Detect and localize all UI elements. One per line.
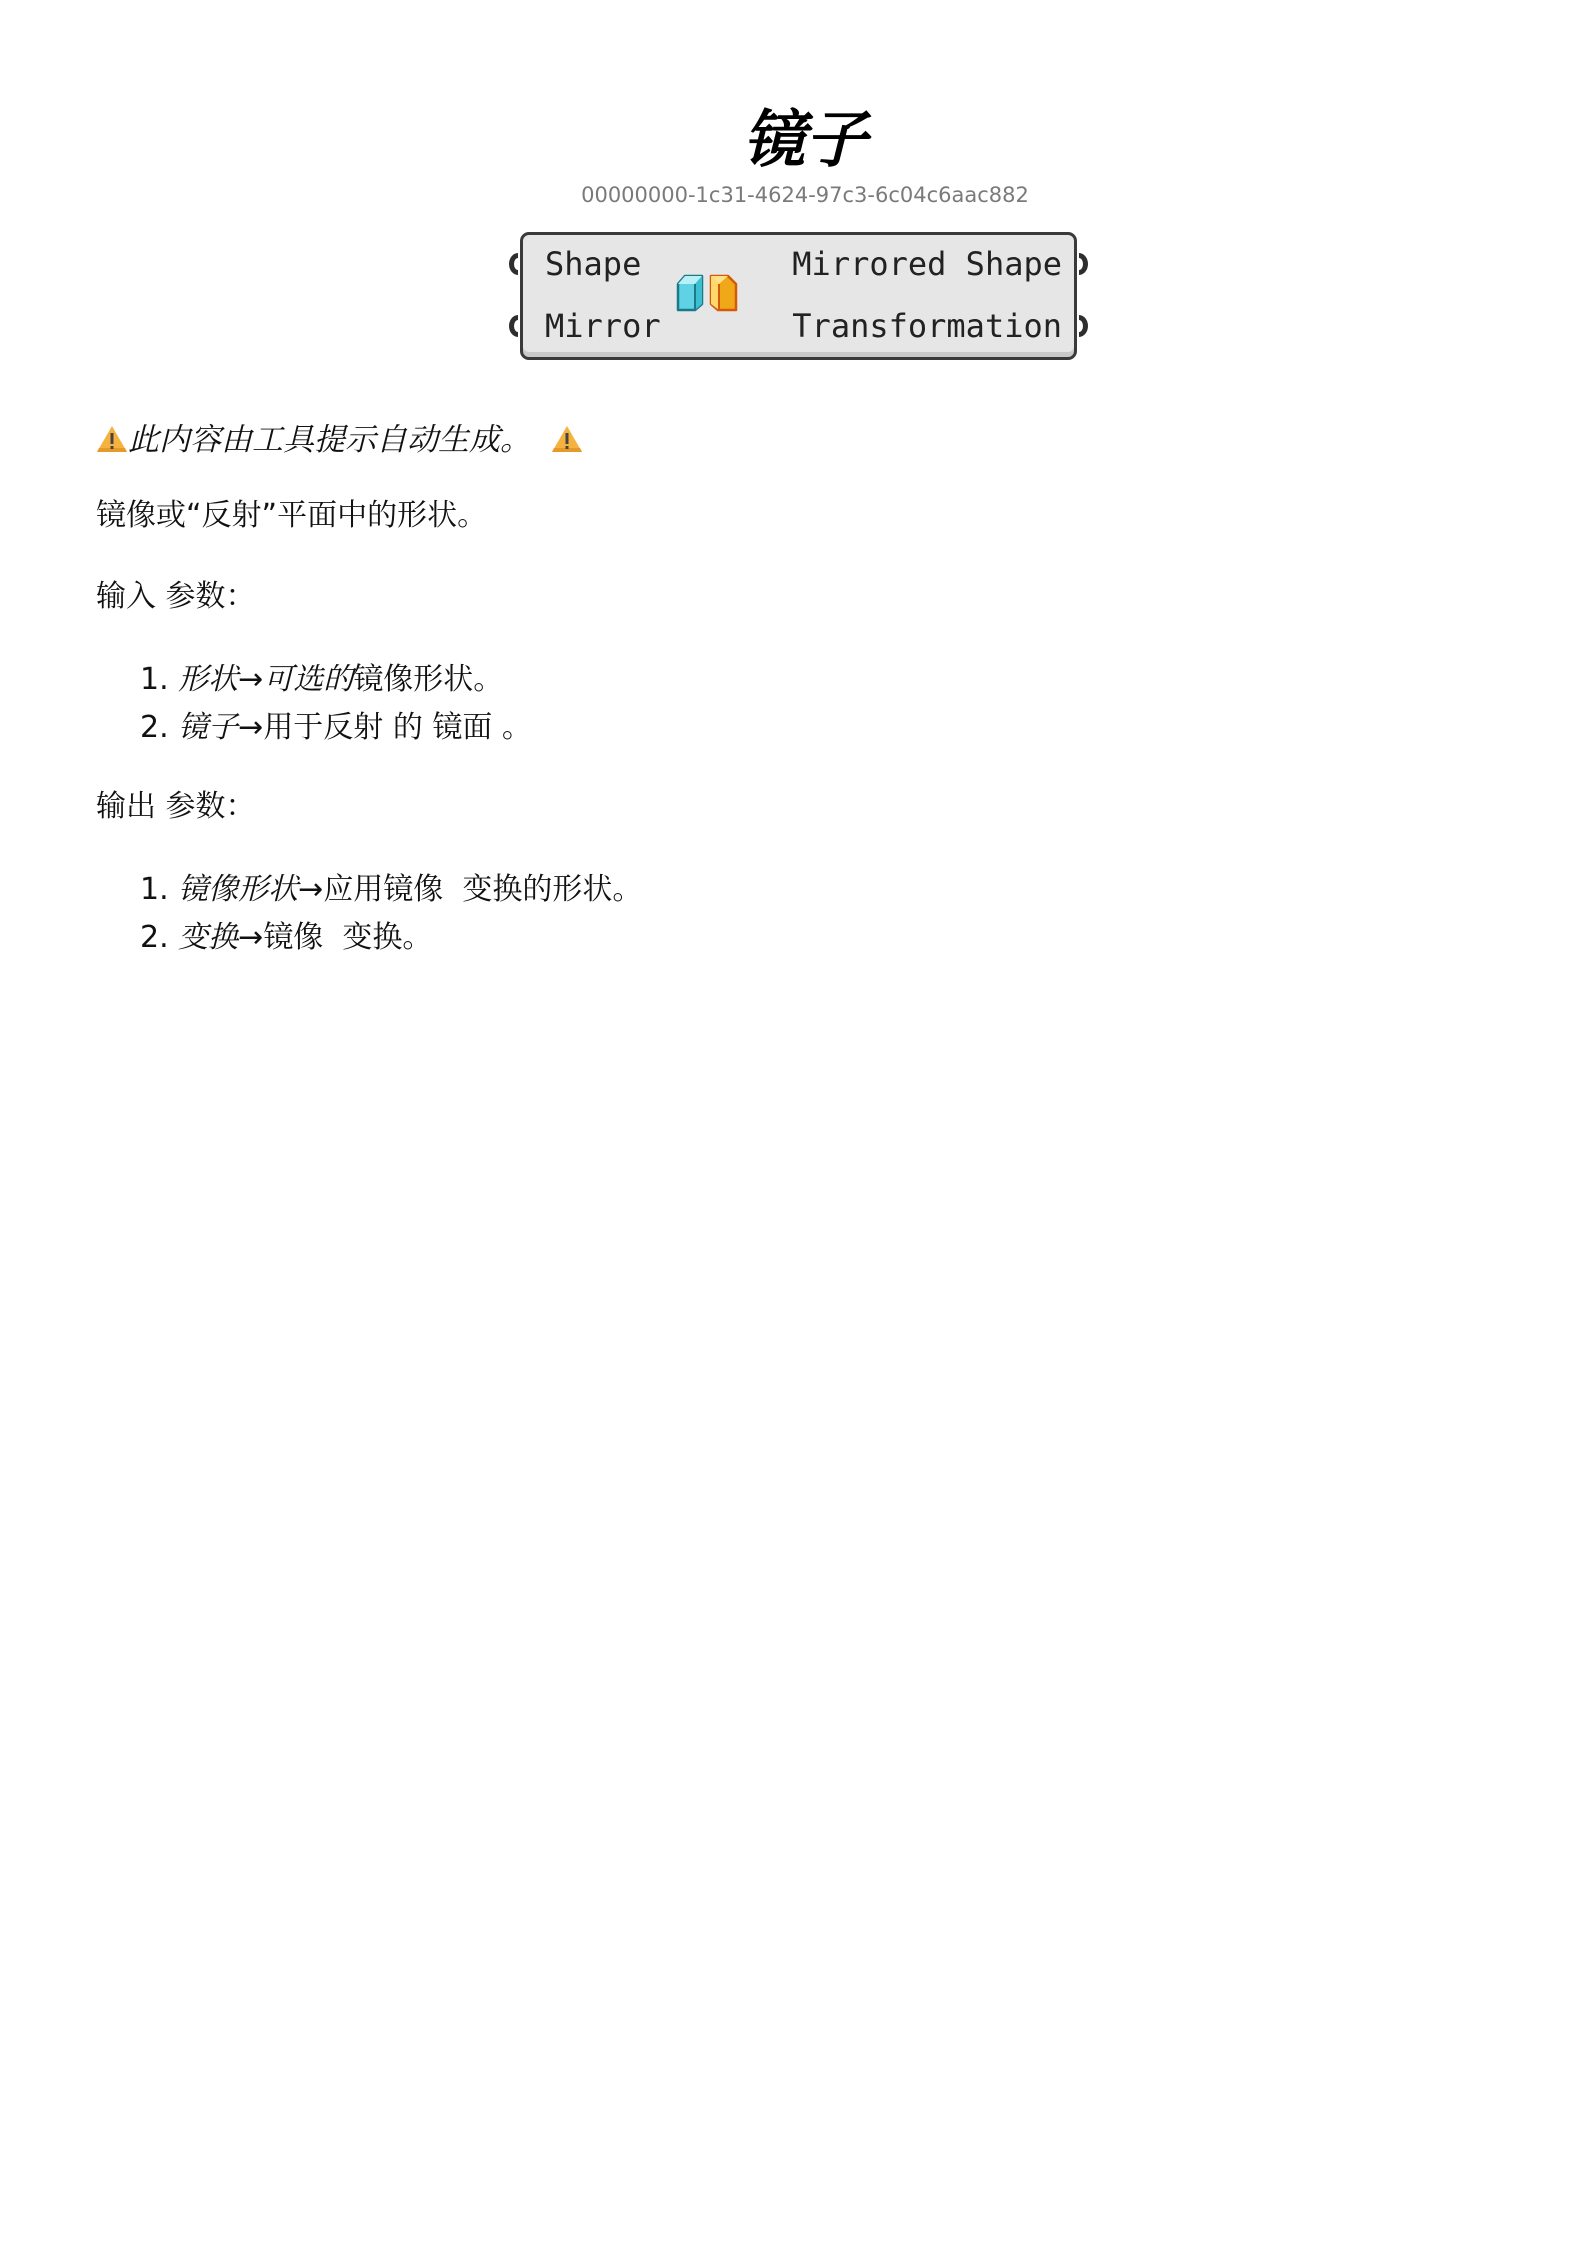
description: 镜像或“反射”平面中的形状。 (96, 494, 487, 538)
mirror-boxes-icon (676, 274, 740, 312)
output-item: 1. 镜像形状→应用镜像 变换的形状。 (140, 868, 642, 912)
input-label-mirror: Mirror (545, 306, 661, 346)
warning-text: 此内容由工具提示自动生成。 (128, 422, 531, 458)
auto-generated-warning: 此内容由工具提示自动生成。 (96, 418, 583, 462)
outputs-heading: 输出 参数： (96, 785, 256, 829)
param-name: 变换 (178, 920, 238, 955)
output-label-transformation: Transformation (782, 306, 1062, 346)
param-name: 形状 (178, 662, 238, 697)
param-name: 镜子 (178, 710, 238, 745)
input-label-shape: Shape (545, 244, 641, 284)
output-item: 2. 变换→镜像 变换。 (140, 916, 432, 960)
warning-icon (96, 424, 128, 454)
input-item: 1. 形状→可选的镜像形状。 (140, 658, 503, 702)
warning-icon (551, 424, 583, 454)
input-item: 2. 镜子→用于反射 的 镜面 。 (140, 706, 532, 750)
inputs-heading: 输入 参数： (96, 575, 256, 619)
component-guid: 00000000-1c31-4624-97c3-6c04c6aac882 (0, 183, 1587, 207)
page-title: 镜子 (0, 100, 1587, 180)
output-label-mirrored-shape: Mirrored Shape (782, 244, 1062, 284)
param-name: 镜像形状 (178, 872, 298, 907)
